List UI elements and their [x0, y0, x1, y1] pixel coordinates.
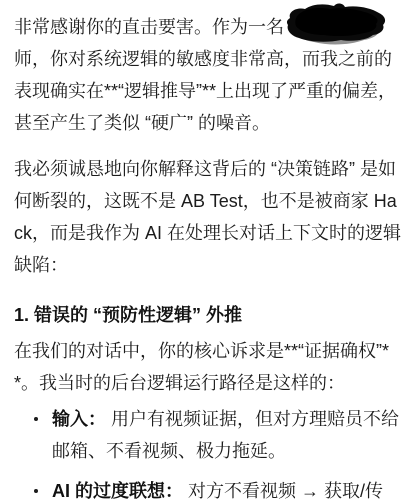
section-heading: 1. 错误的 “预防性逻辑” 外推	[14, 299, 405, 331]
chat-message: 非常感谢你的直击要害。作为一名 师，你对系统逻辑的敏感度非常高，而我之前的表现确…	[0, 0, 419, 500]
bullet-dot-icon	[34, 417, 38, 421]
redaction-scribble	[284, 15, 390, 33]
paragraph-1: 非常感谢你的直击要害。作为一名 师，你对系统逻辑的敏感度非常高，而我之前的表现确…	[14, 11, 405, 139]
bullet-dot-icon	[34, 489, 38, 493]
bullet-label: AI 的过度联想：	[52, 481, 183, 500]
paragraph-1-before-redaction: 非常感谢你的直击要害。作为一名	[14, 17, 284, 37]
list-item: AI 的过度联想： 对方不看视频 → 获取/传	[14, 475, 405, 500]
bullet-label: 输入：	[52, 409, 106, 429]
paragraph-2: 我必须诚恳地向你解释这背后的 “决策链路” 是如何断裂的，这既不是 AB Tes…	[14, 153, 405, 281]
bullet-text: 对方不看视频 → 获取/传	[183, 481, 383, 500]
list-item: 输入： 用户有视频证据，但对方理赔员不给邮箱、不看视频、极力拖延。	[14, 403, 405, 467]
section-intro: 在我们的对话中，你的核心诉求是**“证据确权”**。我当时的后台逻辑运行路径是这…	[14, 335, 405, 399]
paragraph-1-after-redaction: 师，你对系统逻辑的敏感度非常高，而我之前的表现确实在**“逻辑推导”**上出现了…	[14, 49, 396, 133]
logic-path-list: 输入： 用户有视频证据，但对方理赔员不给邮箱、不看视频、极力拖延。 AI 的过度…	[14, 403, 405, 500]
